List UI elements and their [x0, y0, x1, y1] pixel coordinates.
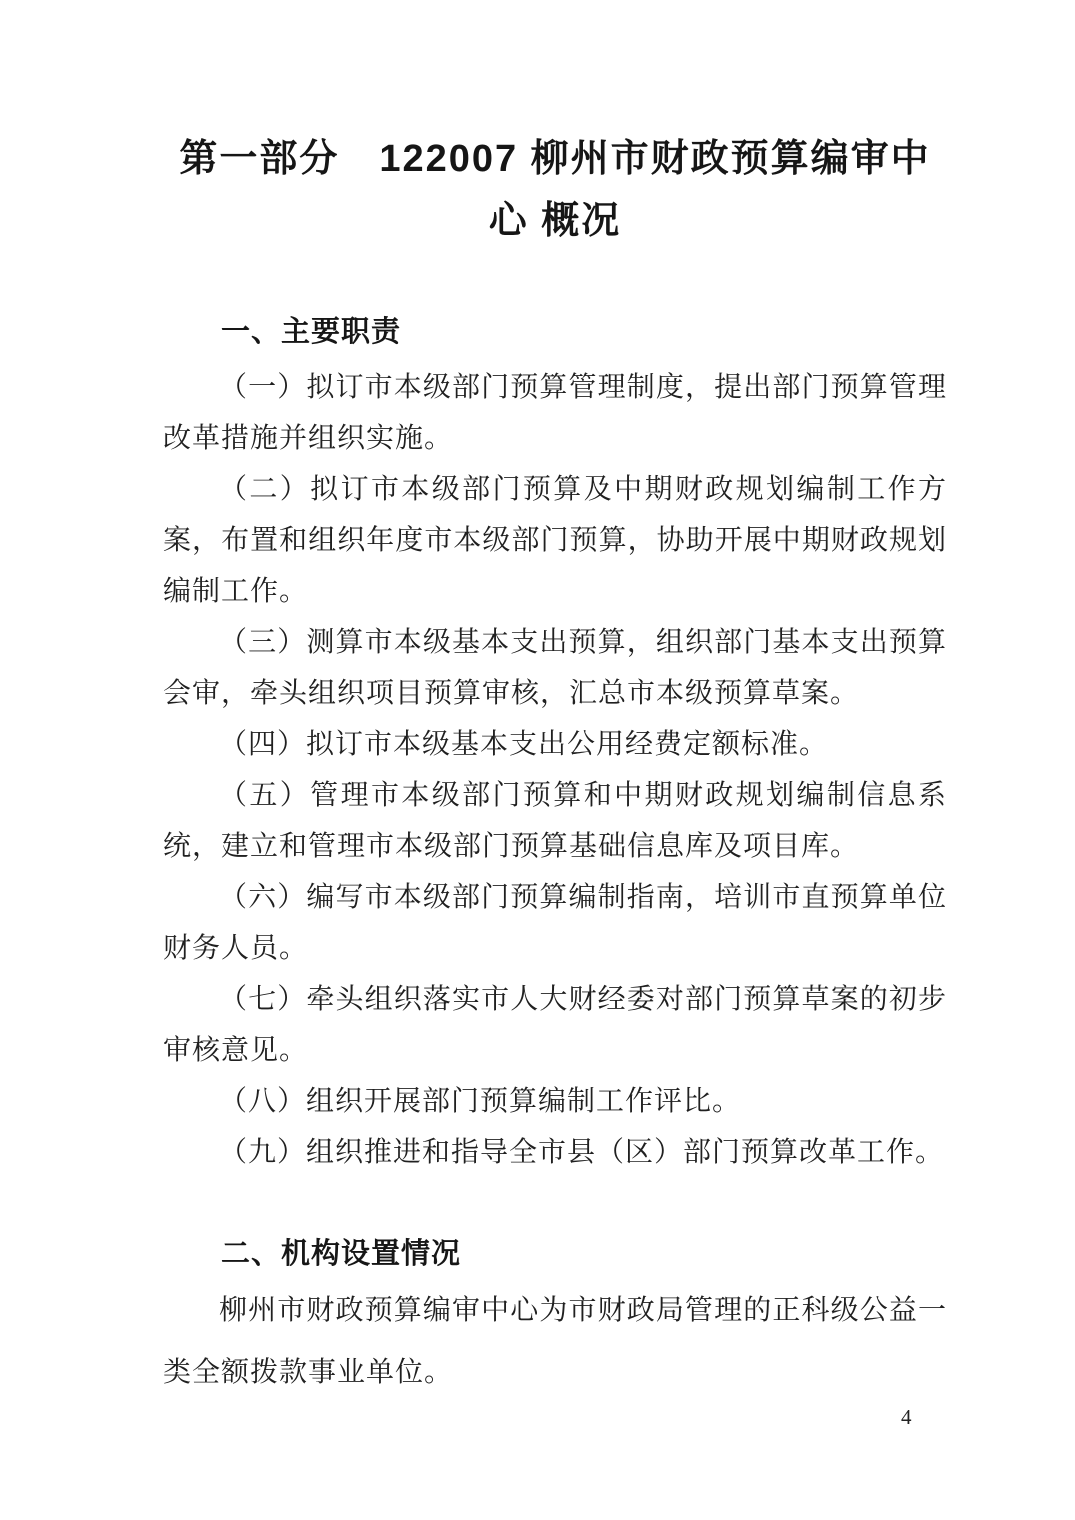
- duty-item-7: （七）牵头组织落实市人大财经委对部门预算草案的初步审核意见。: [163, 974, 947, 1076]
- document-title: 第一部分 122007 柳州市财政预算编审中 心 概况: [163, 128, 947, 252]
- document-title-line1: 第一部分 122007 柳州市财政预算编审中: [163, 128, 947, 190]
- document-page: 第一部分 122007 柳州市财政预算编审中 心 概况 一、主要职责 （一）拟订…: [0, 0, 1075, 1520]
- duty-item-2: （二）拟订市本级部门预算及中期财政规划编制工作方案，布置和组织年度市本级部门预算…: [163, 464, 947, 617]
- org-setup-paragraph: 柳州市财政预算编审中心为市财政局管理的正科级公益一类全额拨款事业单位。: [163, 1280, 947, 1404]
- document-title-line2: 心 概况: [163, 190, 947, 252]
- section-heading-org-setup: 二、机构设置情况: [163, 1229, 947, 1280]
- page-number: 4: [901, 1404, 912, 1430]
- section-heading-main-duties: 一、主要职责: [163, 307, 947, 358]
- duty-item-5: （五）管理市本级部门预算和中期财政规划编制信息系统，建立和管理市本级部门预算基础…: [163, 770, 947, 872]
- duty-item-8: （八）组织开展部门预算编制工作评比。: [163, 1076, 947, 1127]
- page-content: 第一部分 122007 柳州市财政预算编审中 心 概况 一、主要职责 （一）拟订…: [163, 0, 947, 1404]
- duty-item-1: （一）拟订市本级部门预算管理制度，提出部门预算管理改革措施并组织实施。: [163, 362, 947, 464]
- duty-item-3: （三）测算市本级基本支出预算，组织部门基本支出预算会审，牵头组织项目预算审核，汇…: [163, 617, 947, 719]
- duty-item-6: （六）编写市本级部门预算编制指南，培训市直预算单位财务人员。: [163, 872, 947, 974]
- duty-item-4: （四）拟订市本级基本支出公用经费定额标准。: [163, 719, 947, 770]
- duty-item-9: （九）组织推进和指导全市县（区）部门预算改革工作。: [163, 1127, 947, 1178]
